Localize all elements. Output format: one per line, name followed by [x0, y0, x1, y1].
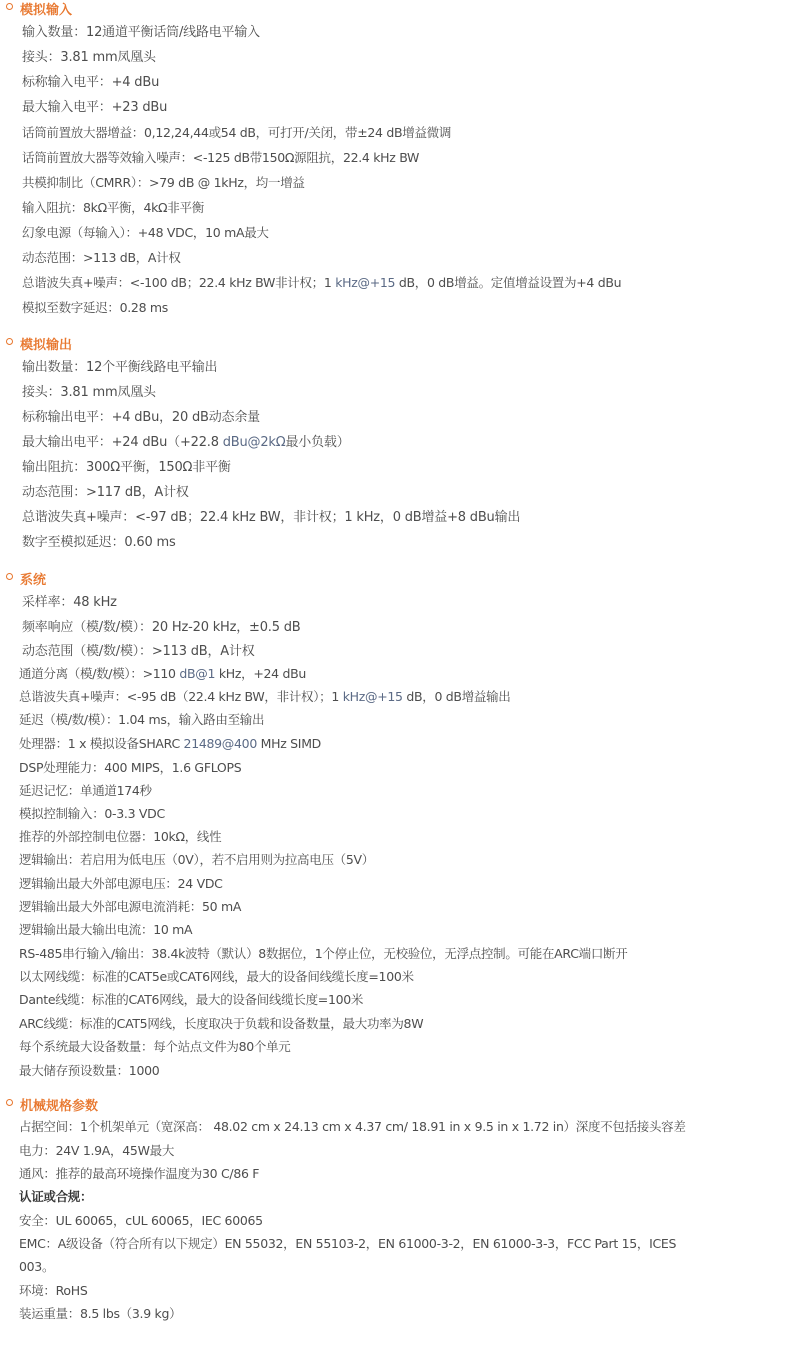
spec-line: 模拟控制输入：0-3.3 VDC [19, 805, 165, 823]
text: 最大输出电平：+24 dBu（+22.8 [22, 435, 223, 450]
subheading-certification: 认证或合规： [19, 1188, 92, 1206]
spec-line: 输出数量：12个平衡线路电平输出 [22, 359, 217, 377]
spec-line: 幻象电源（每输入）：+48 VDC，10 mA最大 [22, 224, 269, 242]
spec-line: 动态范围（模/数/模）：>113 dB，A计权 [22, 643, 255, 661]
spec-line: 环境：RoHS [19, 1282, 88, 1300]
section-heading-analog-output: 模拟输出 [6, 334, 72, 352]
spec-line: 动态范围：>113 dB，A计权 [22, 249, 181, 267]
spec-line: 003。 [19, 1258, 54, 1276]
spec-line: Dante线缆：标准的CAT6网线，最大的设备间线缆长度=100米 [19, 991, 363, 1009]
spec-line: 共模抑制比（CMRR）：>79 dB @ 1kHz，均一增益 [22, 174, 305, 192]
spec-line: 话筒前置放大器增益：0,12,24,44或54 dB，可打开/关闭，带±24 d… [22, 124, 451, 142]
text: 总谐波失真+噪声：<-100 dB；22.4 kHz BW非计权；1 [22, 275, 335, 290]
auto-link[interactable]: dB@1 [179, 666, 215, 681]
spec-line: 每个系统最大设备数量：每个站点文件为80个单元 [19, 1038, 291, 1056]
text: dB，0 dB增益。定值增益设置为+4 dBu [395, 275, 621, 290]
spec-line: DSP处理能力：400 MIPS，1.6 GFLOPS [19, 759, 241, 777]
spec-line-thd: 总谐波失真+噪声：<-95 dB（22.4 kHz BW，非计权）；1 kHz@… [19, 688, 511, 706]
spec-line-thd: 总谐波失真+噪声：<-100 dB；22.4 kHz BW非计权；1 kHz@+… [22, 274, 621, 292]
text: kHz，+24 dBu [215, 666, 306, 681]
spec-line: 总谐波失真+噪声：<-97 dB；22.4 kHz BW，非计权；1 kHz，0… [22, 509, 520, 527]
circle-bullet-icon [6, 1099, 13, 1106]
section-title: 系统 [20, 569, 46, 588]
spec-line: 输入阻抗：8kΩ平衡，4kΩ非平衡 [22, 199, 204, 217]
spec-line-crosstalk: 通道分离（模/数/模）：>110 dB@1 kHz，+24 dBu [19, 665, 306, 683]
spec-line: 标称输出电平：+4 dBu，20 dB动态余量 [22, 409, 260, 427]
spec-line: 话筒前置放大器等效输入噪声：<-125 dB带150Ω源阻抗，22.4 kHz … [22, 149, 419, 167]
spec-line: 占据空间：1个机架单元（宽深高： 48.02 cm x 24.13 cm x 4… [19, 1118, 686, 1136]
section-heading-system: 系统 [6, 569, 46, 587]
spec-line: 采样率：48 kHz [22, 594, 117, 612]
spec-line: ARC线缆：标准的CAT5网线，长度取决于负载和设备数量，最大功率为8W [19, 1015, 423, 1033]
text: 总谐波失真+噪声：<-95 dB（22.4 kHz BW，非计权）；1 [19, 689, 343, 704]
section-heading-analog-input: 模拟输入 [6, 0, 72, 17]
section-title: 模拟输出 [20, 334, 72, 353]
text: 最小负载） [286, 435, 350, 450]
spec-line: 推荐的外部控制电位器：10kΩ，线性 [19, 828, 221, 846]
spec-line-processor: 处理器：1 x 模拟设备SHARC 21489@400 MHz SIMD [19, 735, 321, 753]
spec-line: 装运重量：8.5 lbs（3.9 kg） [19, 1305, 181, 1323]
spec-line: 数字至模拟延迟：0.60 ms [22, 534, 176, 552]
spec-line: EMC：A级设备（符合所有以下规定）EN 55032，EN 55103-2，EN… [19, 1235, 676, 1253]
spec-line: RS-485串行输入/输出：38.4k波特（默认）8数据位，1个停止位，无校验位… [19, 945, 627, 963]
spec-line: 以太网线缆：标准的CAT5e或CAT6网线，最大的设备间线缆长度=100米 [19, 968, 414, 986]
spec-line: 延迟记忆：单通道174秒 [19, 782, 152, 800]
spec-line: 电力：24V 1.9A，45W最大 [19, 1142, 174, 1160]
spec-line: 逻辑输出最大输出电流：10 mA [19, 921, 192, 939]
text: dB，0 dB增益输出 [403, 689, 511, 704]
spec-line: 最大输入电平：+23 dBu [22, 99, 167, 117]
auto-link[interactable]: kHz@+15 [343, 689, 403, 704]
section-title: 模拟输入 [20, 0, 72, 18]
spec-line: 接头：3.81 mm凤凰头 [22, 384, 156, 402]
spec-line: 通风：推荐的最高环境操作温度为30 C/86 F [19, 1165, 259, 1183]
text: 通道分离（模/数/模）：>110 [19, 666, 179, 681]
spec-line: 最大储存预设数量：1000 [19, 1062, 159, 1080]
spec-line: 标称输入电平：+4 dBu [22, 74, 159, 92]
spec-line: 接头：3.81 mm凤凰头 [22, 49, 156, 67]
spec-line: 频率响应（模/数/模）：20 Hz-20 kHz，±0.5 dB [22, 619, 301, 637]
spec-line: 模拟至数字延迟：0.28 ms [22, 299, 168, 317]
section-title: 机械规格参数 [20, 1095, 98, 1114]
auto-link[interactable]: 21489@400 [184, 736, 257, 751]
section-heading-mechanical: 机械规格参数 [6, 1095, 98, 1113]
spec-line: 逻辑输出最大外部电源电压：24 VDC [19, 875, 223, 893]
auto-link[interactable]: dBu@2kΩ [223, 435, 286, 450]
spec-line: 输入数量：12通道平衡话筒/线路电平输入 [22, 24, 260, 42]
spec-line: 动态范围：>117 dB，A计权 [22, 484, 189, 502]
spec-line-max-output: 最大输出电平：+24 dBu（+22.8 dBu@2kΩ最小负载） [22, 434, 350, 452]
spec-line: 逻辑输出最大外部电源电流消耗：50 mA [19, 898, 241, 916]
text: MHz SIMD [257, 736, 321, 751]
spec-line: 安全：UL 60065，cUL 60065，IEC 60065 [19, 1212, 263, 1230]
spec-line: 延迟（模/数/模）：1.04 ms，输入路由至输出 [19, 711, 264, 729]
circle-bullet-icon [6, 573, 13, 580]
circle-bullet-icon [6, 3, 13, 10]
auto-link[interactable]: kHz@+15 [335, 275, 395, 290]
spec-line: 逻辑输出：若启用为低电压（0V），若不启用则为拉高电压（5V） [19, 851, 374, 869]
circle-bullet-icon [6, 338, 13, 345]
spec-line: 输出阻抗：300Ω平衡，150Ω非平衡 [22, 459, 231, 477]
text: 处理器：1 x 模拟设备SHARC [19, 736, 184, 751]
